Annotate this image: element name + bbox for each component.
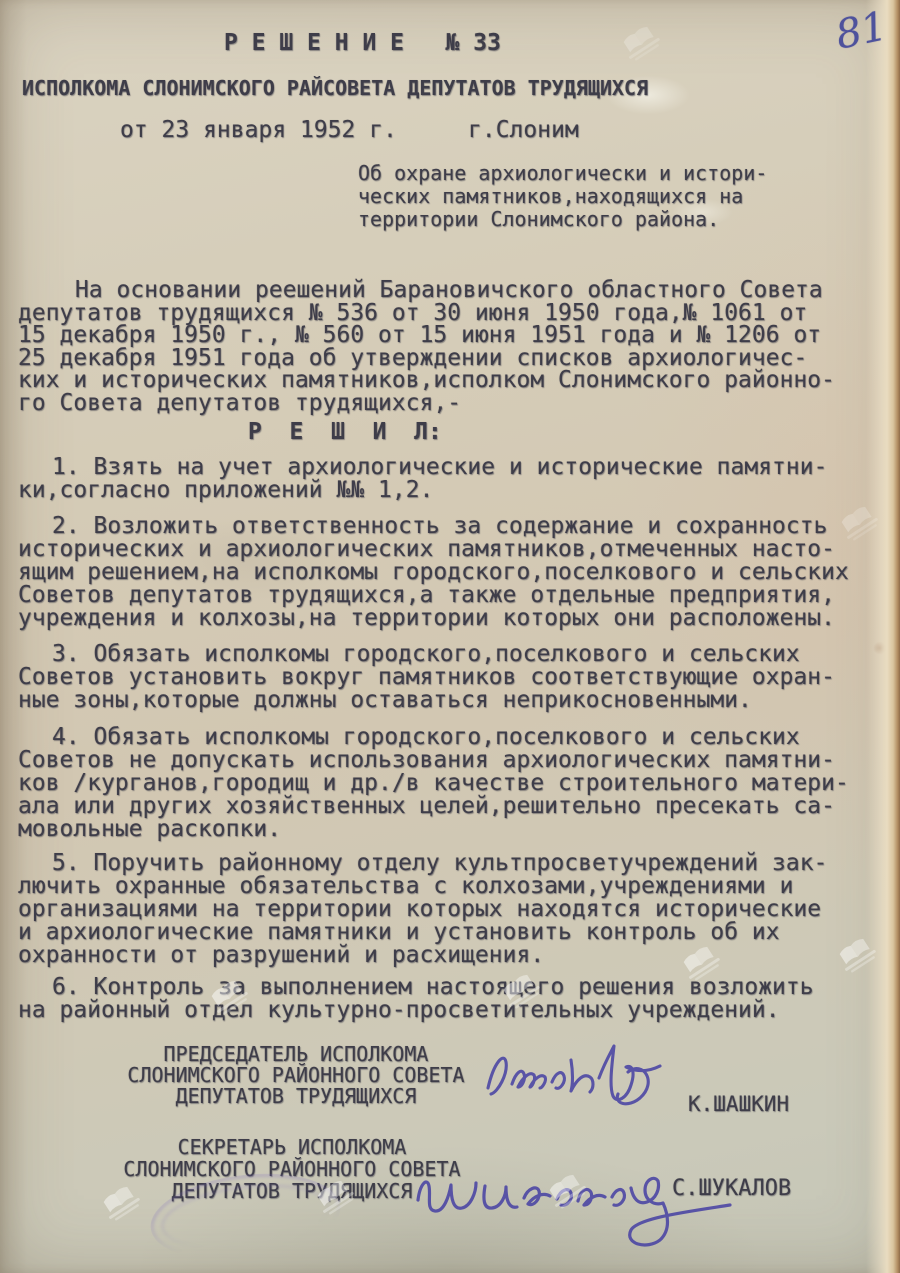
- decision-title: Р Е Ш Е Н И Е № 33: [224, 30, 501, 56]
- item-line: мовольные раскопки.: [18, 818, 884, 841]
- item-line: на районный отдел культурно-просветитель…: [18, 999, 884, 1022]
- item-line: исторических и архиологических памятнико…: [18, 538, 884, 561]
- resolution-item-5: 5. Поручить районному отделу культпросве…: [18, 852, 884, 967]
- subject-block: Об охране архиологически и истори- чески…: [358, 162, 767, 231]
- preamble-line: На основании реешений Барановичского обл…: [18, 279, 884, 302]
- item-line: Советов не допускать использования архио…: [18, 749, 884, 772]
- preamble-line: го Совета депутатов трудящихся,-: [18, 392, 884, 415]
- item-line: и архиологические памятники и установить…: [18, 921, 884, 944]
- item-line: 2. Возложить ответственность за содержан…: [18, 515, 884, 538]
- item-line: ные зоны,которые должны оставаться непри…: [18, 689, 884, 712]
- item-line: 6. Контроль за выполнением настоящего ре…: [18, 976, 884, 999]
- item-line: ки,согласно приложений №№ 1,2.: [18, 479, 884, 502]
- decision-place: г.Слоним: [468, 117, 579, 143]
- handwritten-signature-ink: [468, 1030, 683, 1130]
- item-line: ящим решением,на исполкомы городского,по…: [18, 561, 884, 584]
- preamble-line: 25 декабря 1951 года об утверждении спис…: [18, 347, 884, 370]
- item-line: учреждения и колхозы,на территории котор…: [18, 607, 884, 630]
- item-line: Советов депутатов трудящихся,а также отд…: [18, 584, 884, 607]
- signer-name-shashkin: К.ШАШКИН: [688, 1092, 789, 1116]
- decision-dateline: от 23 января 1952 г. г.Слоним: [120, 117, 640, 143]
- resolution-item-4: 4. Обязать исполкомы городского,поселков…: [18, 726, 884, 841]
- item-line: 3. Обязать исполкомы городского,поселков…: [18, 643, 884, 666]
- resolution-item-2: 2. Возложить ответственность за содержан…: [18, 515, 884, 630]
- signature-role-line: ДЕПУТАТОВ ТРУДЯЩИХСЯ: [86, 1086, 506, 1107]
- signature-role-chairman: ПРЕДСЕДАТЕЛЬ ИСПОЛКОМА СЛОНИМСКОГО РАЙОН…: [86, 1044, 506, 1107]
- item-line: ков /курганов,городищ и др./в качестве с…: [18, 772, 884, 795]
- signature-role-line: ПРЕДСЕДАТЕЛЬ ИСПОЛКОМА: [86, 1044, 506, 1065]
- item-line: охранности от разрушений и расхищения.: [18, 944, 884, 967]
- decision-date: от 23 января 1952 г.: [120, 117, 397, 143]
- handwritten-signature-ink: [400, 1152, 740, 1267]
- resolved-heading: Р Е Ш И Л:: [248, 419, 442, 445]
- preamble-line: депутатов трудящихся № 536 от 30 июня 19…: [18, 302, 884, 325]
- subject-line: Об охране архиологически и истори-: [358, 162, 767, 185]
- item-line: организациями на территории которых нахо…: [18, 898, 884, 921]
- decision-subtitle: ИСПОЛКОМА СЛОНИМСКОГО РАЙСОВЕТА ДЕПУТАТО…: [22, 76, 648, 100]
- page-right-edge: [866, 0, 900, 1273]
- item-line: 5. Поручить районному отделу культпросве…: [18, 852, 884, 875]
- item-line: лючить охранные обязательства с колхозам…: [18, 875, 884, 898]
- subject-line: ческих памятников,находящихся на: [358, 185, 767, 208]
- resolution-item-1: 1. Взять на учет архиологические и истор…: [18, 456, 884, 502]
- preamble-paragraph: На основании реешений Барановичского обл…: [18, 279, 884, 415]
- resolution-item-3: 3. Обязать исполкомы городского,поселков…: [18, 643, 884, 712]
- item-line: ала или других хозяйственных целей,решит…: [18, 795, 884, 818]
- scanned-document-page: 81 Р Е Ш Е Н И Е № 33 ИСПОЛКОМА СЛОНИМСК…: [0, 0, 900, 1273]
- item-line: 4. Обязать исполкомы городского,поселков…: [18, 726, 884, 749]
- preamble-line: ких и исторических памятников,исполком С…: [18, 369, 884, 392]
- signature-role-line: СЛОНИМСКОГО РАЙОННОГО СОВЕТА: [86, 1065, 506, 1086]
- preamble-line: 15 декабря 1950 г., № 560 от 15 июня 195…: [18, 324, 884, 347]
- resolution-item-6: 6. Контроль за выполнением настоящего ре…: [18, 976, 884, 1022]
- item-line: Советов установить вокруг памятников соо…: [18, 666, 884, 689]
- archive-watermark-icon: [612, 18, 672, 68]
- subject-line: территории Слонимского района.: [358, 208, 767, 231]
- item-line: 1. Взять на учет архиологические и истор…: [18, 456, 884, 479]
